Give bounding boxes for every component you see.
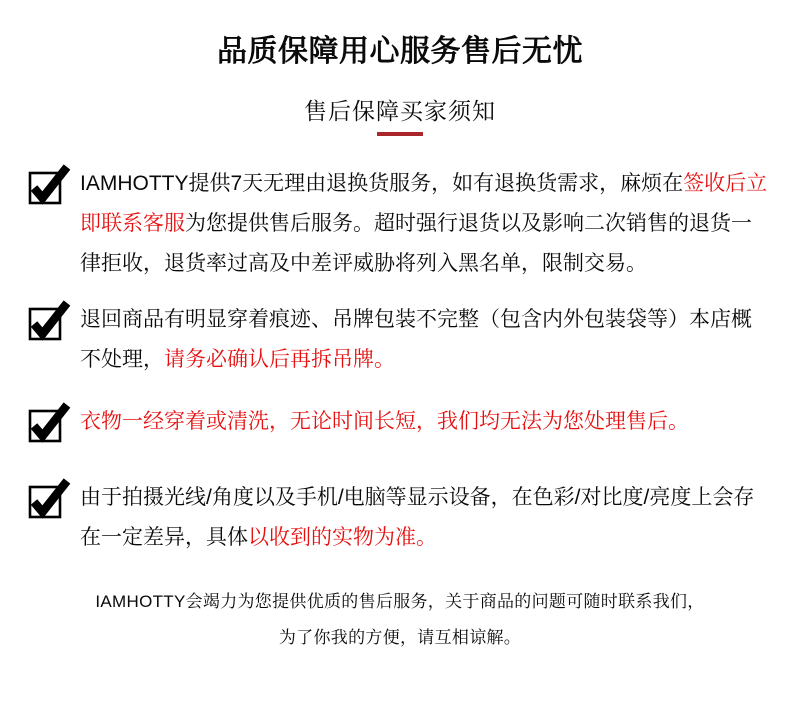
footer-note: IAMHOTTY会竭力为您提供优质的售后服务，关于商品的问题可随时联系我们， 为… [0,584,800,656]
notice-text: 退回商品有明显穿着痕迹、吊牌包装不完整（包含内外包装袋等）本店概不处理，请务必确… [80,300,772,380]
notice-item: IAMHOTTY提供7天无理由退换货服务，如有退换货需求，麻烦在签收后立即联系客… [26,164,772,284]
checked-checkbox-icon [26,478,72,520]
page-subtitle: 售后保障买家须知 [0,98,800,124]
footer-line-1: IAMHOTTY会竭力为您提供优质的售后服务，关于商品的问题可随时联系我们， [0,584,800,620]
notice-text: 由于拍摄光线/角度以及手机/电脑等显示设备，在色彩/对比度/亮度上会存在一定差异… [80,478,772,558]
footer-line-2: 为了你我的方便，请互相谅解。 [0,620,800,656]
notice-text-segment: IAMHOTTY提供7天无理由退换货服务，如有退换货需求，麻烦在 [80,172,683,195]
notice-text-red-segment: 衣物一经穿着或清洗，无论时间长短，我们均无法为您处理售后。 [80,410,689,433]
notice-list: IAMHOTTY提供7天无理由退换货服务，如有退换货需求，麻烦在签收后立即联系客… [0,164,800,558]
subtitle-underline-bar [377,132,423,136]
notice-text-red-segment: 请务必确认后再拆吊牌。 [164,348,395,371]
checked-checkbox-icon [26,402,72,444]
checked-checkbox-icon [26,164,72,206]
notice-item: 退回商品有明显穿着痕迹、吊牌包装不完整（包含内外包装袋等）本店概不处理，请务必确… [26,300,772,380]
page-title: 品质保障用心服务售后无忧 [0,0,800,70]
after-sales-notice-page: 品质保障用心服务售后无忧 售后保障买家须知 IAMHOTTY提供7天无理由退换货… [0,0,800,702]
notice-text: IAMHOTTY提供7天无理由退换货服务，如有退换货需求，麻烦在签收后立即联系客… [80,164,772,284]
notice-item: 由于拍摄光线/角度以及手机/电脑等显示设备，在色彩/对比度/亮度上会存在一定差异… [26,478,772,558]
notice-text: 衣物一经穿着或清洗，无论时间长短，我们均无法为您处理售后。 [80,402,772,442]
checked-checkbox-icon [26,300,72,342]
notice-text-red-segment: 以收到的实物为准。 [248,526,437,549]
notice-item: 衣物一经穿着或清洗，无论时间长短，我们均无法为您处理售后。 [26,402,772,444]
